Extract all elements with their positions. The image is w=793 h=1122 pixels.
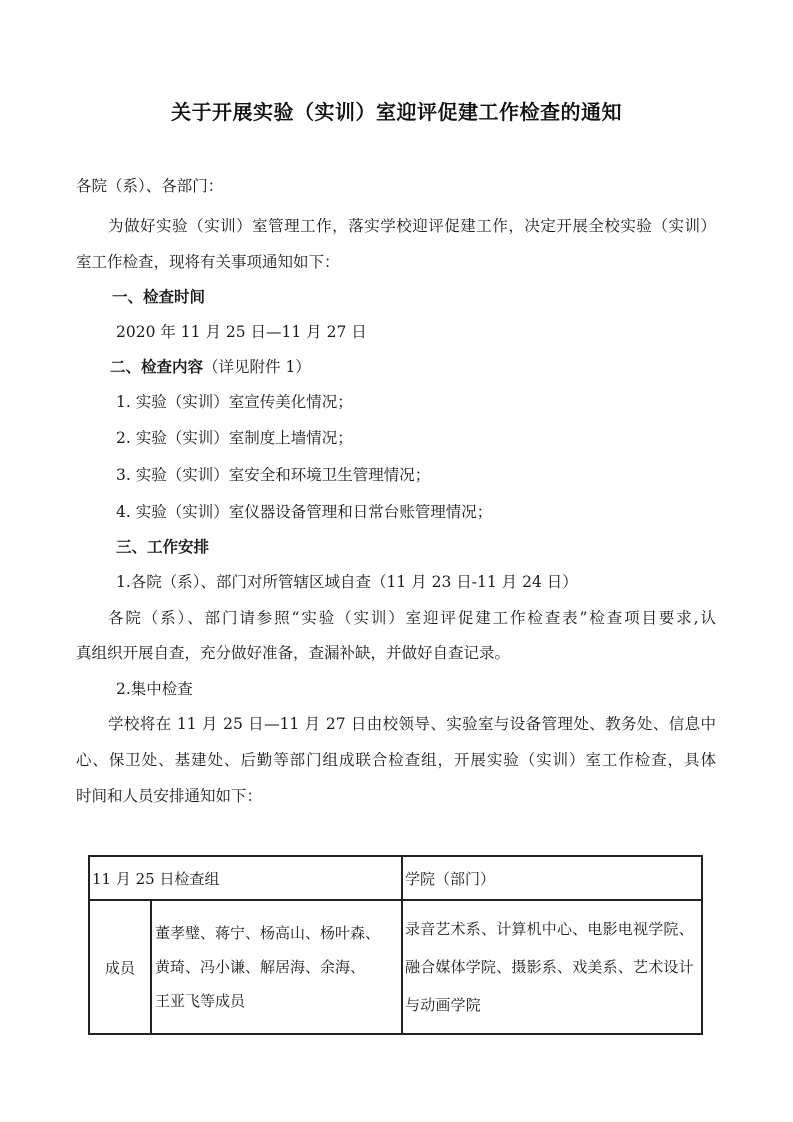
- content-item-1: 1. 实验（实训）室宣传美化情况；: [116, 392, 353, 412]
- section-3-heading: 三、工作安排: [116, 537, 209, 557]
- header-dept-cell: 学院（部门）: [402, 856, 702, 900]
- inspection-schedule-table: 11 月 25 日检查组 学院（部门） 成员 董孝璧、蒋宁、杨高山、杨叶森、 黄…: [88, 855, 703, 1035]
- central-check-line-1: 学校将在 11 月 25 日—11 月 27 日由校领导、实验室与设备管理处、教…: [108, 714, 716, 734]
- table-header-row: 11 月 25 日检查组 学院（部门）: [89, 856, 702, 900]
- members-names-cell: 董孝璧、蒋宁、杨高山、杨叶森、 黄琦、冯小谦、解居海、余海、 王亚飞等成员: [151, 900, 402, 1034]
- content-item-4: 4. 实验（实训）室仪器设备管理和日常台账管理情况；: [116, 502, 492, 522]
- self-check-line-2: 真组织开展自查，充分做好准备，查漏补缺，并做好自查记录。: [76, 643, 510, 663]
- member-line: 董孝璧、蒋宁、杨高山、杨叶森、: [155, 916, 399, 950]
- section-1-heading: 一、检查时间: [112, 287, 205, 307]
- department-line: 与动画学院: [405, 986, 699, 1024]
- section-2-heading-row: 二、检查内容（详见附件 1）: [110, 357, 311, 377]
- content-item-3: 3. 实验（实训）室安全和环境卫生管理情况；: [116, 465, 430, 485]
- central-check-line-2: 心、保卫处、基建处、后勤等部门组成联合检查组，开展实验（实训）室工作检查，具体: [76, 750, 716, 770]
- central-check-line-3: 时间和人员安排通知如下：: [76, 786, 262, 806]
- section-2-note: （详见附件 1）: [203, 358, 311, 376]
- table-row: 成员 董孝璧、蒋宁、杨高山、杨叶森、 黄琦、冯小谦、解居海、余海、 王亚飞等成员…: [89, 900, 702, 1034]
- department-line: 录音艺术系、计算机中心、电影电视学院、: [405, 910, 699, 948]
- salutation: 各院（系）、各部门：: [76, 176, 223, 196]
- departments-cell: 录音艺术系、计算机中心、电影电视学院、 融合媒体学院、摄影系、戏美系、艺术设计 …: [402, 900, 702, 1034]
- member-line: 黄琦、冯小谦、解居海、余海、: [155, 950, 399, 984]
- intro-line-1: 为做好实验（实训）室管理工作，落实学校迎评促建工作，决定开展全校实验（实训）: [108, 216, 716, 236]
- central-check-title: 2.集中检查: [116, 679, 193, 699]
- self-check-title: 1.各院（系）、部门对所管辖区域自查（11 月 23 日-11 月 24 日）: [116, 572, 578, 592]
- inspection-date: 2020 年 11 月 25 日—11 月 27 日: [116, 322, 367, 342]
- document-title: 关于开展实验（实训）室迎评促建工作检查的通知: [0, 96, 793, 125]
- member-line: 王亚飞等成员: [155, 984, 399, 1018]
- document-page: 关于开展实验（实训）室迎评促建工作检查的通知 各院（系）、各部门： 为做好实验（…: [0, 0, 793, 1122]
- content-item-2: 2. 实验（实训）室制度上墙情况；: [116, 428, 353, 448]
- header-group-cell: 11 月 25 日检查组: [89, 856, 402, 900]
- self-check-line-1: 各院（系）、部门请参照“实验（实训）室迎评促建工作检查表”检查项目要求,认: [108, 608, 716, 628]
- intro-line-2: 室工作检查，现将有关事项通知如下：: [76, 252, 340, 272]
- section-2-heading: 二、检查内容: [110, 358, 203, 376]
- department-line: 融合媒体学院、摄影系、戏美系、艺术设计: [405, 948, 699, 986]
- members-label-cell: 成员: [89, 900, 151, 1034]
